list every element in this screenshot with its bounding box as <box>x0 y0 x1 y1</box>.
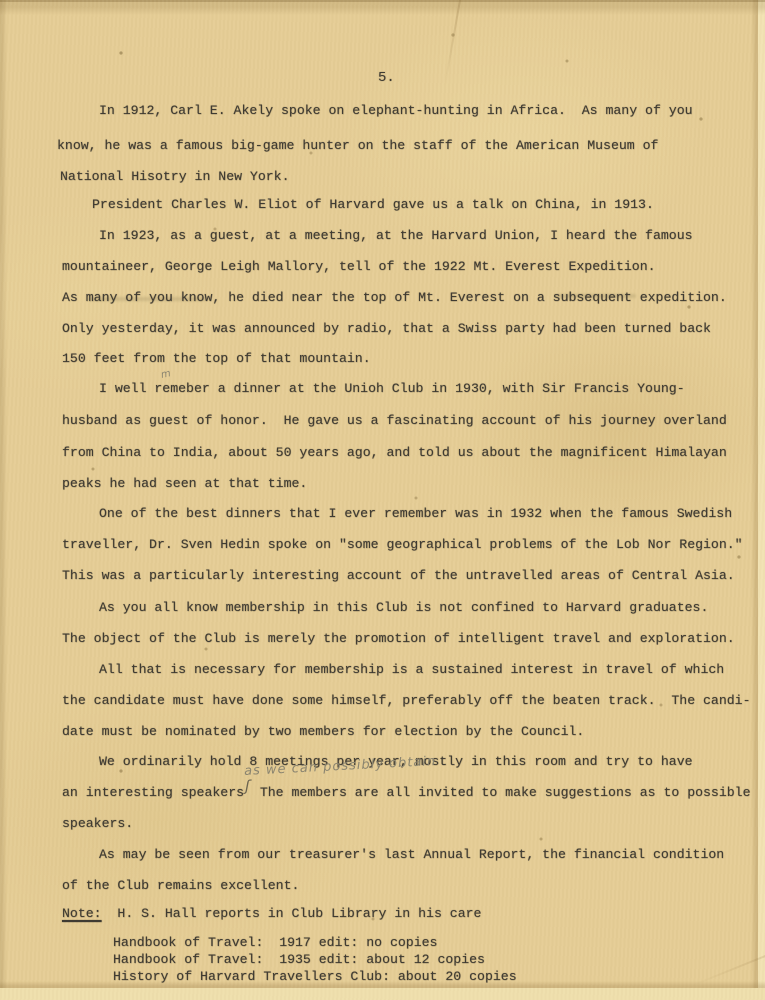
typed-line: an interesting speakers The members are … <box>62 785 751 801</box>
typed-line: We ordinarily hold 8 meetings per year, … <box>99 754 693 770</box>
typed-line: In 1923, as a guest, at a meeting, at th… <box>99 228 693 244</box>
typed-line: from China to India, about 50 years ago,… <box>62 445 727 461</box>
typed-line: speakers. <box>62 816 133 832</box>
typed-line: As you all know membership in this Club … <box>99 600 708 616</box>
typed-line: As may be seen from our treasurer's last… <box>99 847 724 863</box>
handwritten-correction-mark: m <box>160 368 172 381</box>
scanned-typewritten-page: 5. In 1912, Carl E. Akely spoke on eleph… <box>0 0 765 1000</box>
paper-speckles <box>0 0 2 2</box>
paper-crease-corner <box>692 940 765 987</box>
typed-line: All that is necessary for membership is … <box>99 662 724 678</box>
paper-crease-top <box>444 0 462 85</box>
typed-line: date must be nominated by two members fo… <box>62 724 584 740</box>
typed-line: Only yesterday, it was announced by radi… <box>62 321 711 337</box>
typed-line: As many of you know, he died near the to… <box>62 290 727 306</box>
typed-line: 150 feet from the top of that mountain. <box>62 351 371 367</box>
typed-line: This was a particularly interesting acco… <box>62 568 735 584</box>
typed-line: History of Harvard Travellers Club: abou… <box>113 969 517 985</box>
typed-line: the candidate must have done some himsel… <box>62 693 751 709</box>
typed-line: husband as guest of honor. He gave us a … <box>62 413 727 429</box>
typed-line: mountaineer, George Leigh Mallory, tell … <box>62 259 656 275</box>
page-number: 5. <box>378 70 395 86</box>
typed-line: National Hisotry in New York. <box>60 169 290 185</box>
typed-line: In 1912, Carl E. Akely spoke on elephant… <box>99 103 693 119</box>
typed-line: I well remeber a dinner at the Unioh Clu… <box>99 381 685 397</box>
typed-line: President Charles W. Eliot of Harvard ga… <box>92 197 654 213</box>
typed-line: know, he was a famous big-game hunter on… <box>57 138 658 154</box>
typed-line: Handbook of Travel: 1917 edit: no copies <box>113 935 437 951</box>
typed-line: Note: H. S. Hall reports in Club Library… <box>62 906 481 922</box>
typed-line: One of the best dinners that I ever reme… <box>99 506 732 522</box>
typed-line: of the Club remains excellent. <box>62 878 299 894</box>
typed-line: peaks he had seen at that time. <box>62 476 307 492</box>
typed-line: traveller, Dr. Sven Hedin spoke on "some… <box>62 537 743 553</box>
typed-line: The object of the Club is merely the pro… <box>62 631 735 647</box>
typed-line: Handbook of Travel: 1935 edit: about 12 … <box>113 952 485 968</box>
